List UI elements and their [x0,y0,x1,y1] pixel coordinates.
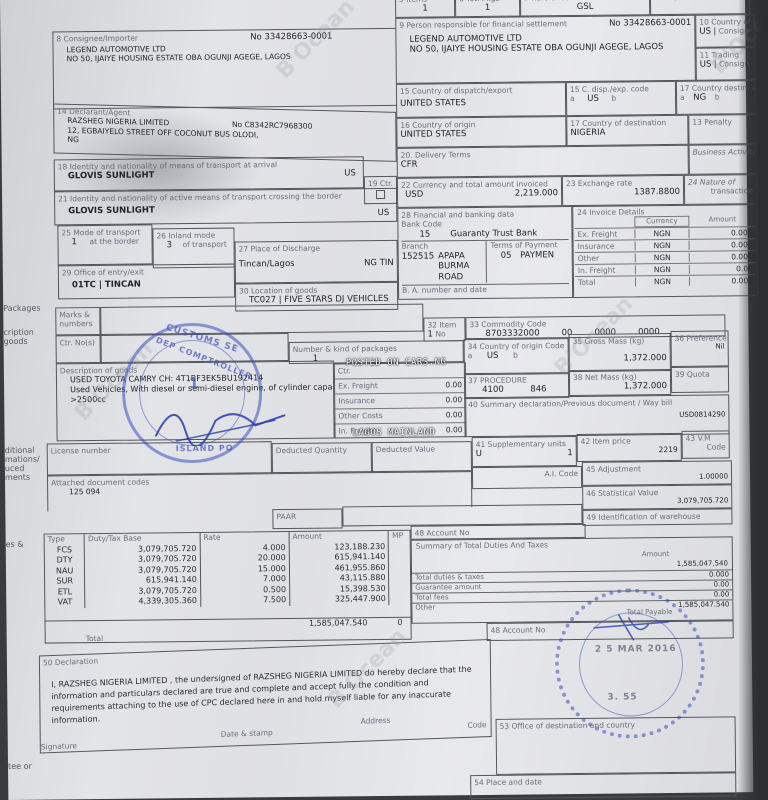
origin-code-box: 34 Country of origin Code a US b [464,338,569,375]
item-cost-label: Other Costs [338,411,382,421]
item-cost-row: Insurance0.00 [335,393,465,409]
tax-cell-type: NAU [45,566,85,577]
tax-cell-amount: 615,941.140 [289,552,389,564]
location-overlay: LAGOS MAINLAND [353,427,436,438]
summary-row: Other1,585,047.540 [412,599,732,612]
supplementary-units-box: 41 Supplementary units U 1 [472,436,577,467]
item-price-box: 42 Item price 2219 [577,433,682,462]
tax-cell-mp [389,541,410,552]
tax-total-mp: 0 [397,618,402,629]
packages-side-label: Packages [3,303,53,313]
invoice-row-currency: NGN [634,229,689,239]
summary-row-label: Guarantee amount [415,583,481,592]
procedure-box: 37 PROCEDURE 4100 846 [464,372,569,399]
item-cost-value: 0.00 [446,410,463,420]
item-cost-row: Ex. Freight0.00 [335,378,465,394]
item-cost-label: Insurance [338,396,375,406]
tax-calculation-table: TypeDuty/Tax BaseRateAmountMP FCS3,079,7… [45,531,411,608]
deducted-quantity-box: Deducted Quantity [272,442,372,473]
dispatch-country-box: 15 Country of dispatch/export UNITED STA… [396,82,566,118]
photo-edge [738,0,768,800]
tax-cell-type: FCS [45,545,85,556]
dispatch-code-box: 15 C. disp./exp. code a US b [566,81,676,116]
tax-cell-amount: 43,115.880 [289,573,389,585]
taxes-side-label: es & [6,540,46,549]
transport-border-box: 21 Identity and nationality of active me… [54,188,397,226]
tax-column-header: MP [389,531,410,542]
additional-info-side-label: ditional mations/ uced ments [5,446,45,482]
customs-declaration-form: 5 Items 1 6 Tot. Pkgs 1 7 Reference numb… [0,0,753,800]
invoice-row-label: Ex. Freight [574,229,634,239]
reference-number-box: 7 Reference number GSL [520,0,650,17]
description-side-label: cription goods [3,328,43,346]
tax-cell-amount: 325,447.900 [290,594,390,606]
declaration-text: I, RAZSHEG NIGERIA LIMITED , the undersi… [51,664,479,728]
tax-cell-rate: 7.000 [200,574,289,585]
net-mass-box: 38 Net Mass (kg) 1,372.000 [569,369,671,396]
tax-cell-rate: 20.000 [200,553,289,564]
tax-cell-mp [389,562,410,573]
office-destination-box: 53 Office of destination and country [496,716,737,775]
office-entry-box: 29 Office of entry/exit 01TC | TINCAN [58,264,235,300]
tax-cell-mp [389,594,410,605]
item-cost-value: 0.00 [445,395,462,405]
tax-cell-type: SUR [45,576,85,587]
declaration-box: 50 Declaration I, RAZSHEG NIGERIA LIMITE… [39,639,492,754]
item-cost-value: 0.00 [446,425,463,435]
license-number-box: License number [47,441,272,475]
discharge-place-box: 27 Place of Discharge Tincan/Lagos NG TI… [235,240,398,284]
summary-row-value: 0.00 [714,581,730,590]
deducted-value-box: Deducted Value [372,441,472,472]
item-number-box: 32 Item 1 No [423,317,465,341]
adjustment-box: 45 Adjustment 1.00000 [582,460,732,486]
place-date-box: 54 Place and date [470,772,736,799]
destination-country-box: 17 Country of destination NIGERIA [566,115,688,146]
delivery-terms-box: 20. Delivery Terms CFR [397,145,689,178]
account-number-2-box: 48 Account No [487,620,734,641]
consignee-box: 8 Consignee/Importer No 33428663-0001 LE… [52,28,396,110]
tax-cell-rate: 7.500 [200,595,289,606]
tax-cell-type: VAT [45,597,85,608]
transport-mode-box: 25 Mode of transport 1 at the border [57,224,152,265]
summary-rows: Total duties & taxes0.000Guarantee amoun… [412,569,732,612]
tax-cell-mp [389,573,410,584]
financial-settlement-box: 9 Person responsible for financial settl… [395,15,696,84]
invoice-row-currency: NGN [635,253,690,263]
tax-cell-type: ETL [45,587,85,598]
preference-box: 36 Preference Nil [671,330,729,367]
item-cost-label: Ex. Freight [338,381,378,391]
invoice-row-currency: NGN [635,241,690,251]
invoice-row-currency: NGN [635,265,690,275]
tax-cell-base: 3,079,705.720 [85,554,200,566]
summary-first-amount: 1,585,047.540 [677,559,728,568]
posted-overlay: POSTED ON CARS.NG [346,357,447,368]
quota-box: 39 Quota [671,366,729,393]
inland-mode-box: 26 Inland mode 3 of transport [152,228,234,269]
marks-numbers-field [100,304,423,335]
summary-row-label: Total fees [415,593,448,602]
receipt-number-box: Receipt number & date [650,0,750,15]
summary-row-value: 1,585,047.540 [678,601,729,610]
summary-row-value: 0.000 [709,571,729,580]
tax-cell-type: DTY [45,555,85,566]
container-numbers-field [101,333,289,363]
marks-numbers-label: Marks & numbers [55,307,100,335]
ai-code-box: A.I. Code [472,466,582,489]
tax-cell-mp [389,552,410,563]
container-numbers-label: Ctr. No(s) [56,335,101,363]
invoice-row-currency: NGN [635,277,690,287]
item-cost-row: Other Costs0.00 [335,408,465,424]
valuation-method-box: 43 V.M Code [682,430,730,459]
invoice-row: TotalNGN0.000 [575,274,756,288]
tax-cell-mp [389,583,410,594]
statistical-value-box: 46 Statistical Value 3,079,705.720 [582,484,732,510]
guarantee-side-label: tee or [8,762,48,771]
invoice-row-label: In. Freight [575,265,635,275]
summary-row-value: 0.00 [714,591,730,600]
paar-field [342,504,582,527]
invoice-details-table: Currency Amount Ex. FreightNGN0.000Insur… [574,215,756,288]
tax-total-label: Total [86,634,104,644]
invoice-row-label: Insurance [575,241,635,251]
paar-box: PAAR [272,508,342,529]
tax-column-header: Type [45,534,85,545]
total-packages-box: 6 Tot. Pkgs 1 [455,0,520,17]
summary-row-label: Other [415,604,435,613]
invoice-row-label: Other [575,253,635,263]
gross-mass-box: 35 Gross Mass (kg) 1,372.000 [569,333,671,372]
items-box: 5 Items 1 [395,0,455,18]
exchange-rate-box: 23 Exchange rate 1387.8800 [562,175,684,206]
currency-amount-box: 22 Currency and total amount invoiced US… [397,176,562,208]
tax-cell-base: 615,941.140 [85,575,200,587]
goods-description-box: Description of goods USED TOYOTA CAMRY C… [56,361,335,442]
tax-calculation-box: TypeDuty/Tax BaseRateAmountMP FCS3,079,7… [44,530,412,644]
tax-cell-base: 4,339,305.360 [85,596,200,608]
invoice-row-label: Total [575,277,635,287]
tax-total-amount: 1,585,047.540 [309,618,368,630]
summary-row-label: Total duties & taxes [415,573,484,582]
transport-arrival-box: 18 Identity and nationality of means of … [54,156,364,191]
invoice-details-box: 24 Invoice Details Currency Amount Ex. F… [572,204,758,298]
warehouse-box: 49 Identification of warehouse [582,508,732,526]
banking-data-box: 28 Financial and banking data Bank Code … [397,206,573,300]
duties-summary-box: Summary of Total Duties And Taxes Amount… [411,536,734,623]
declarant-box: 14 Declarant/Agent RAZSHEG NIGERIA LIMIT… [53,103,397,161]
origin-country-box: 16 Country of origin UNITED STATES [396,116,566,148]
item-cost-value: 0.00 [445,380,462,390]
